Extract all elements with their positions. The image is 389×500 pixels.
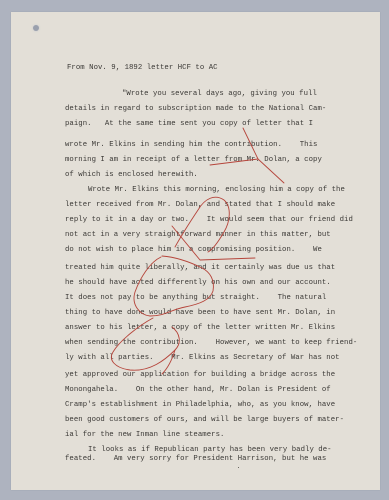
text-line: ly with all parties. Mr. Elkins as Secre… (65, 354, 340, 363)
text-line: do not wish to place him in a compromisi… (65, 246, 322, 255)
punch-hole (33, 25, 39, 31)
text-line: Monongahela. On the other hand, Mr. Dola… (65, 386, 331, 395)
text-line: Cramp's establishment in Philadelphia, w… (65, 401, 335, 410)
text-line: answer to his letter, a copy of the lett… (65, 324, 335, 333)
text-line: wrote Mr. Elkins in sending him the cont… (65, 141, 317, 150)
text-line: treated him quite liberally, and it cert… (65, 264, 335, 273)
text-line: not act in a very straightforward manner… (65, 231, 331, 240)
text-line: reply to it in a day or two. It would se… (65, 216, 353, 225)
text-line: he should have acted differently on his … (65, 279, 331, 288)
text-line: yet approved our application for buildin… (65, 371, 335, 380)
text-line: of which is enclosed herewith. (65, 171, 198, 180)
text-line: letter received from Mr. Dolan, and stat… (65, 201, 335, 210)
text-line: It looks as if Republican party has been… (88, 446, 332, 455)
text-line: thing to have done would have been to ha… (65, 309, 335, 318)
text-line: details in regard to subscription made t… (65, 105, 326, 114)
ink-speck (238, 467, 239, 468)
text-line: morning I am in receipt of a letter from… (65, 156, 322, 165)
text-line: when sending the contribution. However, … (65, 339, 357, 348)
text-line: Wrote Mr. Elkins this morning, enclosing… (88, 186, 345, 195)
text-line: It does not pay to be anything but strai… (65, 294, 326, 303)
text-line: ial for the new Inman line steamers. (65, 431, 224, 440)
text-line: been good customers of ours, and will be… (65, 416, 344, 425)
document-heading: From Nov. 9, 1892 letter HCF to AC (67, 64, 218, 73)
text-line: paign. At the same time sent you copy of… (65, 120, 313, 129)
text-line: feated. Am very sorry for President Harr… (65, 455, 326, 464)
text-line: "Wrote you several days ago, giving you … (122, 90, 317, 99)
